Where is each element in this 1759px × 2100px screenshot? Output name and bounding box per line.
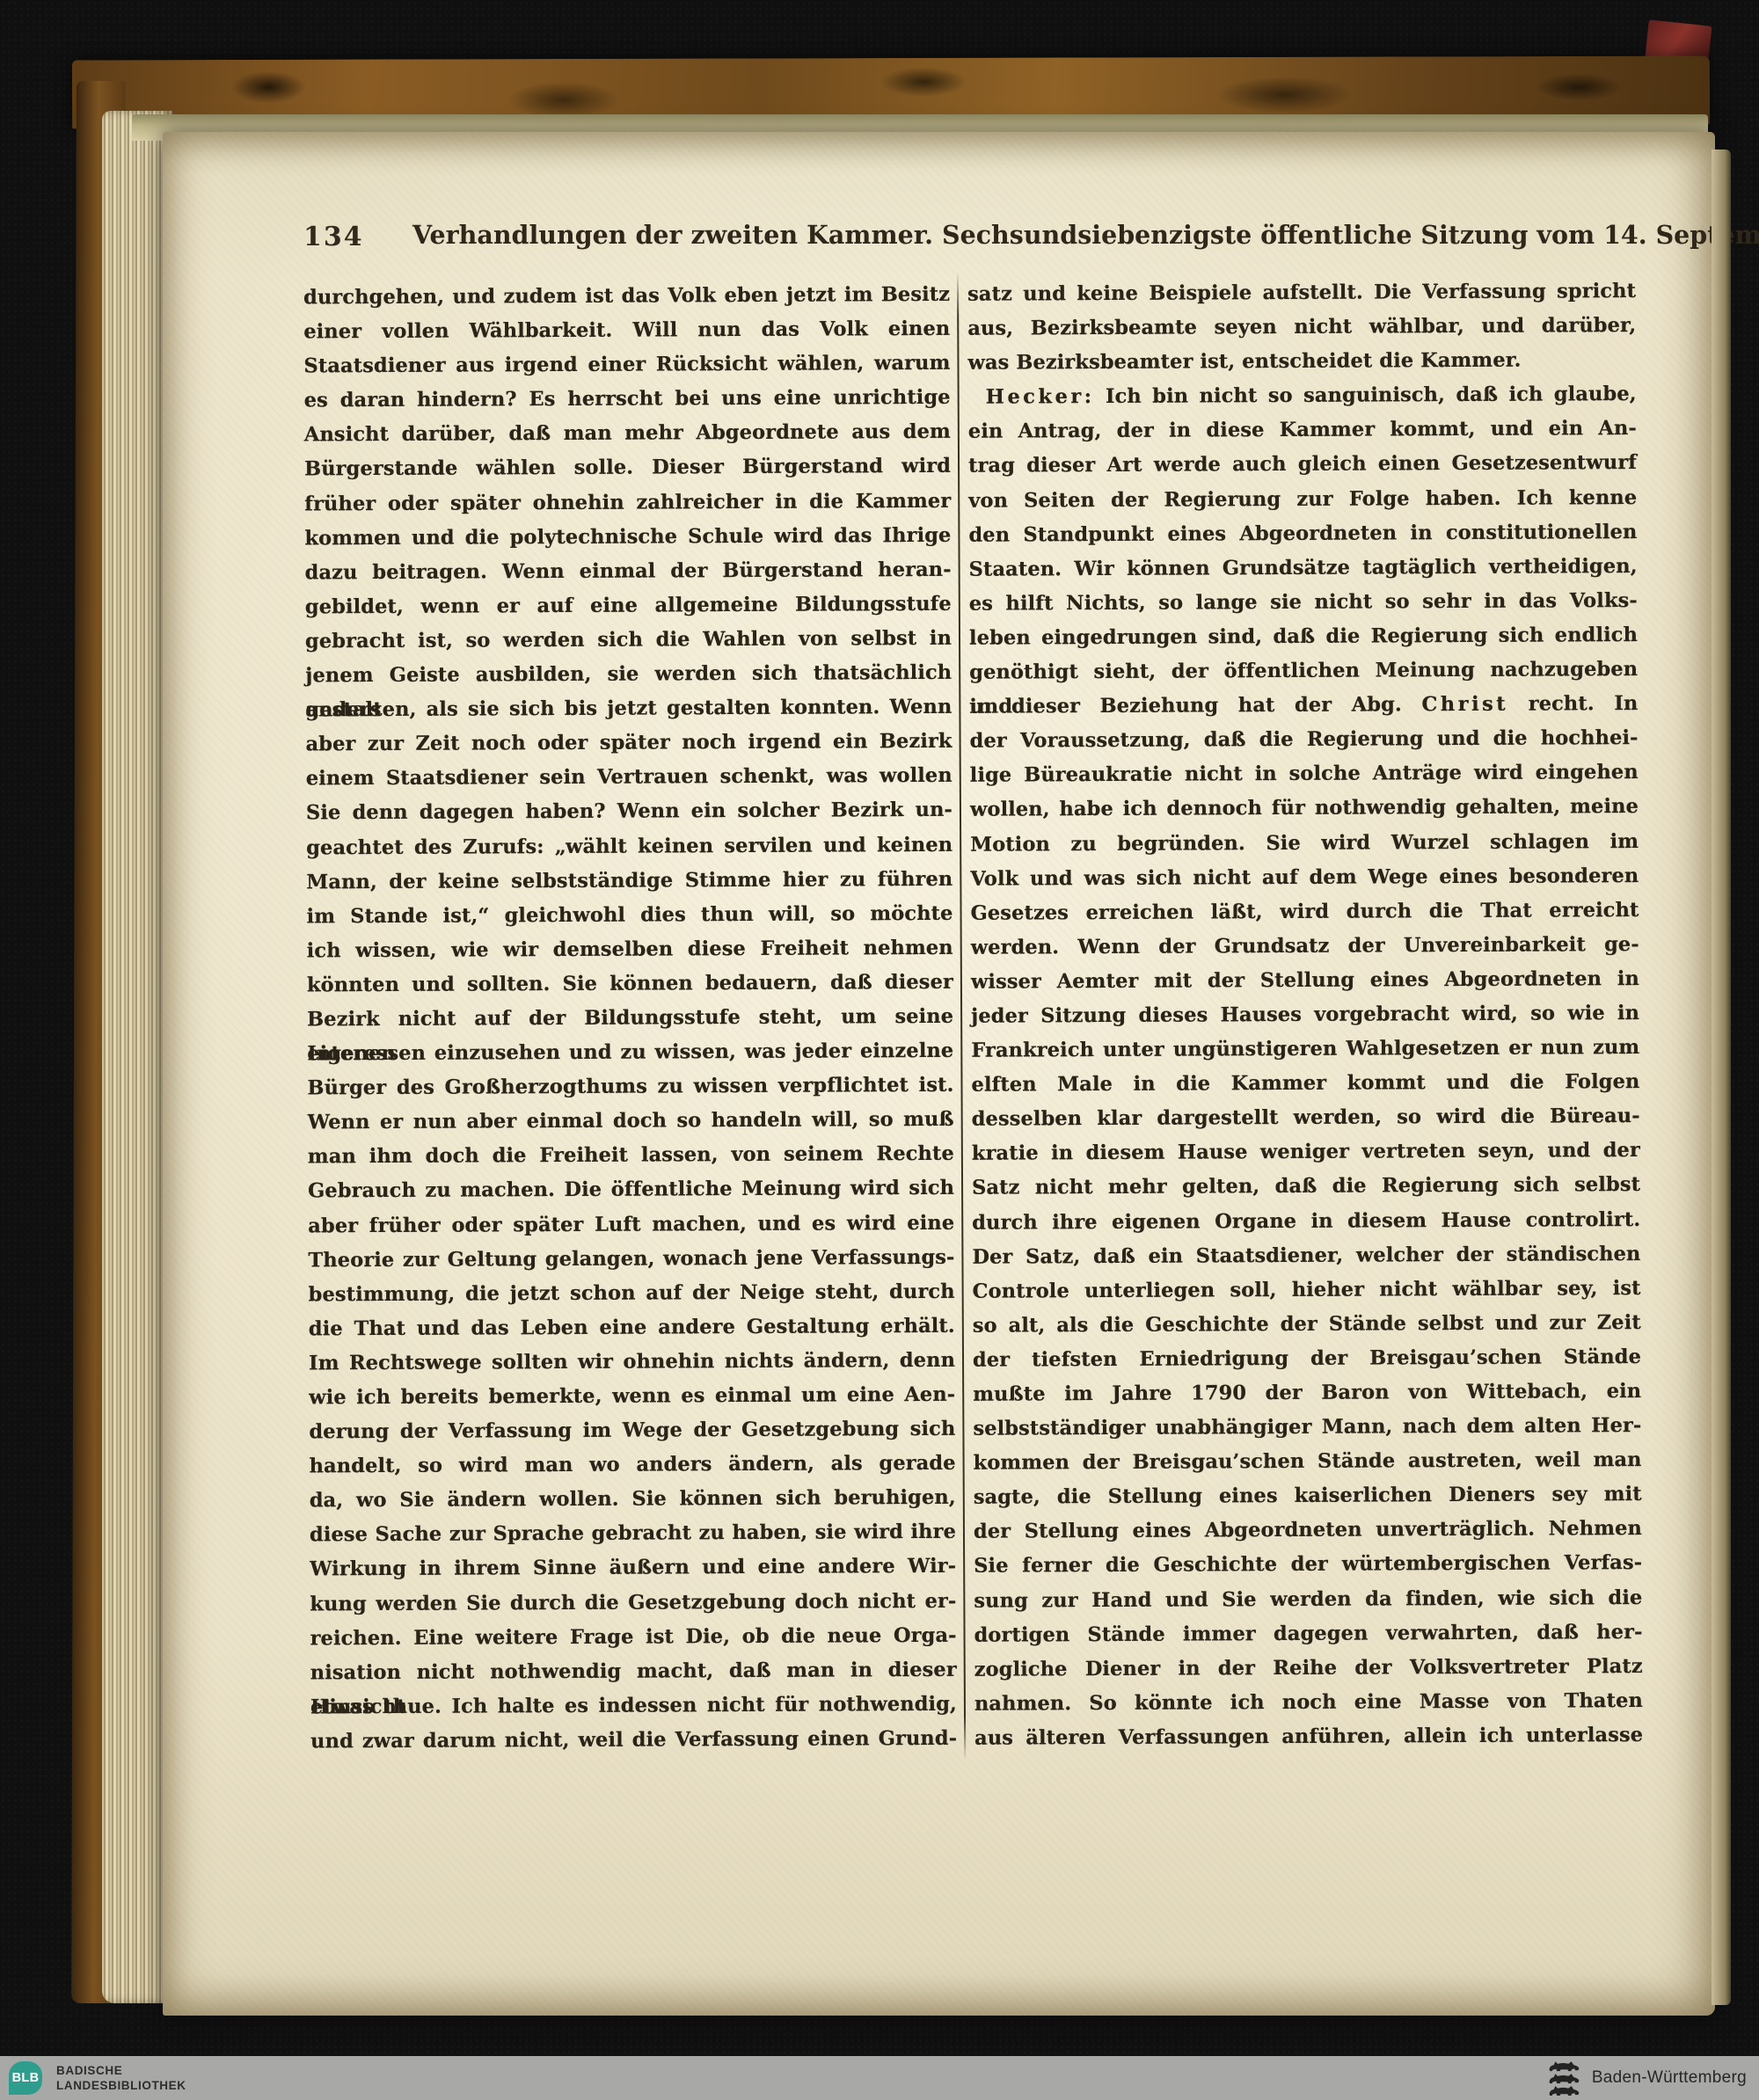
blb-logo-icon: BLB: [9, 2061, 42, 2095]
running-title: Verhandlungen der zweiten Kammer. Sechsu…: [412, 220, 1653, 250]
text-line: die That und das Leben eine andere Gesta…: [309, 1309, 955, 1347]
text-line: kung werden Sie durch die Gesetzgebung d…: [310, 1584, 956, 1622]
library-name: BADISCHE LANDESBIBLIOTHEK: [56, 2063, 186, 2093]
text-line: ein Antrag, der in diese Kammer kommt, u…: [968, 412, 1637, 449]
text-line: gebracht ist, so werden sich die Wahlen …: [305, 622, 952, 660]
text-line: nahmen. So könnte ich noch eine Masse vo…: [974, 1684, 1643, 1722]
text-line: es hilft Nichts, so lange sie nicht so s…: [969, 584, 1638, 622]
text-block: durchgehen, und zudem ist das Volk eben …: [303, 274, 1643, 1767]
library-name-line2: LANDESBIBLIOTHEK: [56, 2078, 186, 2093]
text-line: kommen der Breisgau’schen Stände austret…: [974, 1443, 1642, 1481]
text-line: etwas thue. Ich halte es indessen nicht …: [310, 1688, 957, 1725]
text-line: da, wo Sie ändern wollen. Sie können sic…: [310, 1481, 956, 1519]
text-line: Wirkung in ihrem Sinne äußern und eine a…: [310, 1549, 956, 1587]
book-page-stack-edge: [102, 111, 172, 2003]
text-line: bestimmung, die jetzt schon auf der Neig…: [309, 1275, 955, 1313]
text-line: Sie denn dagegen haben? Wenn ein solcher…: [306, 793, 952, 831]
state-branding: Baden-Württemberg: [1546, 2059, 1747, 2097]
book-page-edge-right: [1712, 149, 1731, 2005]
text-line: aus, Bezirksbeamte seyen nicht wählbar, …: [967, 309, 1636, 346]
text-line: desselben klar dargestellt werden, so wi…: [972, 1099, 1640, 1137]
text-line: durch ihre eigenen Organe in diesem Haus…: [972, 1203, 1640, 1241]
text-line: diese Sache zur Sprache gebracht zu habe…: [310, 1515, 956, 1553]
text-line: derung der Verfassung im Wege der Gesetz…: [309, 1412, 955, 1450]
library-branding: BLB BADISCHE LANDESBIBLIOTHEK: [9, 2061, 186, 2095]
text-line: von Seiten der Regierung zur Folge haben…: [968, 481, 1637, 519]
text-line: gebildet, wenn er auf eine allgemeine Bi…: [305, 587, 952, 625]
text-line: jenem Geiste ausbilden, sie werden sich …: [305, 656, 952, 694]
text-line: aber zur Zeit noch oder später noch irge…: [306, 725, 952, 762]
text-line: man ihm doch die Freiheit lassen, von se…: [308, 1137, 954, 1175]
baden-wuerttemberg-lions-icon: [1546, 2060, 1581, 2096]
text-line: leben eingedrungen sind, daß die Regieru…: [969, 618, 1638, 656]
text-line: wie ich bereits bemerkte, wenn es einmal…: [309, 1378, 955, 1416]
text-line: mußte im Jahre 1790 der Baron von Witteb…: [973, 1374, 1641, 1412]
text-line: durchgehen, und zudem ist das Volk eben …: [303, 278, 950, 316]
text-line: Volk und was sich nicht auf dem Wege ein…: [970, 859, 1639, 897]
text-line: Gebrauch zu machen. Die öffentliche Mein…: [308, 1171, 954, 1209]
text-line: Satz nicht mehr gelten, daß die Regierun…: [972, 1168, 1640, 1206]
text-line: selbstständiger unabhängiger Mann, nach …: [973, 1409, 1641, 1447]
text-line: elften Male in die Kammer kommt und die …: [971, 1065, 1639, 1103]
spaced-name: Christ: [1421, 693, 1508, 716]
text-line: kratie in diesem Hause weniger vertreten…: [972, 1134, 1640, 1171]
page-number: 134: [303, 222, 364, 252]
text-line: werden. Wenn der Grundsatz der Unvereinb…: [971, 928, 1639, 966]
text-line: jeder Sitzung dieses Hauses vorgebracht …: [971, 996, 1639, 1034]
text-line: satz und keine Beispiele aufstellt. Die …: [967, 274, 1636, 312]
text-line: und zwar darum nicht, weil die Verfassun…: [310, 1722, 957, 1760]
text-line: Bezirk nicht auf der Bildungsstufe steht…: [307, 1000, 953, 1038]
text-line: den Standpunkt eines Abgeordneten in con…: [968, 515, 1637, 553]
text-line: Staatsdiener aus irgend einer Rücksicht …: [303, 346, 950, 384]
text-line: reichen. Eine weitere Frage ist Die, ob …: [310, 1618, 956, 1656]
text-line: Frankreich unter ungünstigeren Wahlgeset…: [971, 1031, 1639, 1068]
text-line: ich wissen, wie wir demselben diese Frei…: [307, 931, 953, 969]
text-line: lige Büreaukratie nicht in solche Anträg…: [970, 755, 1639, 793]
text-line: der Voraussetzung, daß die Regierung und…: [969, 721, 1638, 759]
text-line: handelt, so wird man wo anders ändern, a…: [310, 1447, 956, 1484]
text-line: der tiefsten Erniedrigung der Breisgau’s…: [973, 1340, 1641, 1378]
text-line: einer vollen Wählbarkeit. Will nun das V…: [303, 312, 950, 350]
text-line: in dieser Beziehung hat der Abg. Christ …: [969, 687, 1638, 725]
text-line: geachtet des Zurufs: „wählt keinen servi…: [306, 828, 952, 865]
text-line: dazu beitragen. Wenn einmal der Bürgerst…: [305, 553, 952, 591]
text-line: Motion zu begründen. Sie wird Wurzel sch…: [970, 824, 1639, 862]
text-line: Staaten. Wir können Grundsätze tagtäglic…: [969, 550, 1638, 587]
text-line: Gesetzes erreichen läßt, wird durch die …: [970, 893, 1639, 931]
text-line: im Stande ist,“ gleichwohl dies thun wil…: [306, 896, 952, 934]
text-line: Sie ferner die Geschichte der würtemberg…: [974, 1546, 1642, 1584]
text-line: nisation nicht nothwendig macht, daß man…: [310, 1653, 957, 1691]
viewer-footer-bar: BLB BADISCHE LANDESBIBLIOTHEK Baden-Würt…: [0, 2056, 1759, 2100]
text-line: Interessen einzusehen und zu wissen, was…: [307, 1034, 953, 1072]
text-line: der Stellung eines Abgeordneten unverträ…: [974, 1512, 1642, 1549]
text-line: Bürgerstande wählen solle. Dieser Bürger…: [304, 449, 951, 487]
text-line: es daran hindern? Es herrscht bei uns ei…: [304, 381, 951, 419]
text-line: Ansicht darüber, daß man mehr Abgeordnet…: [304, 415, 951, 453]
text-line: aus älteren Verfassungen anführen, allei…: [974, 1718, 1643, 1756]
text-line: gestalten, als sie sich bis jetzt gestal…: [305, 690, 952, 728]
text-line: könnten und sollten. Sie können bedauern…: [307, 966, 953, 1003]
book-scan-photo: 134 Verhandlungen der zweiten Kammer. Se…: [0, 0, 1759, 2100]
text-line: genöthigt sieht, der öffentlichen Meinun…: [969, 653, 1638, 690]
text-column-right: satz und keine Beispiele aufstellt. Die …: [967, 274, 1643, 1756]
text-line: Wenn er nun aber einmal doch so handeln …: [308, 1103, 954, 1141]
column-divider-rule: [957, 273, 966, 1761]
text-line: Bürger des Großherzogthums zu wissen ver…: [307, 1068, 953, 1106]
text-line: sung zur Hand und Sie werden da finden, …: [974, 1581, 1642, 1619]
text-line: trag dieser Art werde auch gleich einen …: [968, 446, 1637, 484]
text-line: wollen, habe ich dennoch für nothwendig …: [970, 790, 1639, 828]
text-line: einem Staatsdiener sein Vertrauen schenk…: [306, 759, 952, 797]
text-line: Im Rechtswege sollten wir ohnehin nichts…: [309, 1344, 955, 1382]
text-line: Mann, der keine selbstständige Stimme hi…: [306, 862, 952, 900]
library-name-line1: BADISCHE: [56, 2063, 186, 2078]
text-line: dortigen Stände immer dagegen verwahrten…: [974, 1615, 1642, 1653]
page-header: 134 Verhandlungen der zweiten Kammer. Se…: [303, 220, 1640, 257]
state-name: Baden-Württemberg: [1592, 2068, 1747, 2088]
text-line: so alt, als die Geschichte der Stände se…: [973, 1306, 1641, 1344]
spaced-name: Hecker:: [986, 385, 1095, 409]
background-gap: [0, 2016, 1759, 2056]
text-line: früher oder später ohnehin zahlreicher i…: [304, 484, 951, 521]
text-line: sagte, die Stellung eines kaiserlichen D…: [974, 1477, 1642, 1515]
text-line: kommen und die polytechnische Schule wir…: [304, 518, 951, 556]
text-column-left: durchgehen, und zudem ist das Volk eben …: [303, 278, 957, 1760]
scanned-page: 134 Verhandlungen der zweiten Kammer. Se…: [163, 132, 1715, 2016]
text-line: aber früher oder später Luft machen, und…: [308, 1206, 954, 1243]
text-line: Der Satz, daß ein Staatsdiener, welcher …: [972, 1237, 1640, 1275]
text-line: zogliche Diener in der Reihe der Volksve…: [974, 1650, 1643, 1688]
text-line: was Bezirksbeamter ist, entscheidet die …: [967, 343, 1636, 381]
text-line: Hecker: Ich bin nicht so sanguinisch, da…: [968, 377, 1637, 415]
text-line: Controle unterliegen soll, hieher nicht …: [973, 1272, 1641, 1309]
text-line: wisser Aemter mit der Stellung eines Abg…: [971, 962, 1639, 1000]
text-line: Theorie zur Geltung gelangen, wonach jen…: [308, 1240, 954, 1278]
